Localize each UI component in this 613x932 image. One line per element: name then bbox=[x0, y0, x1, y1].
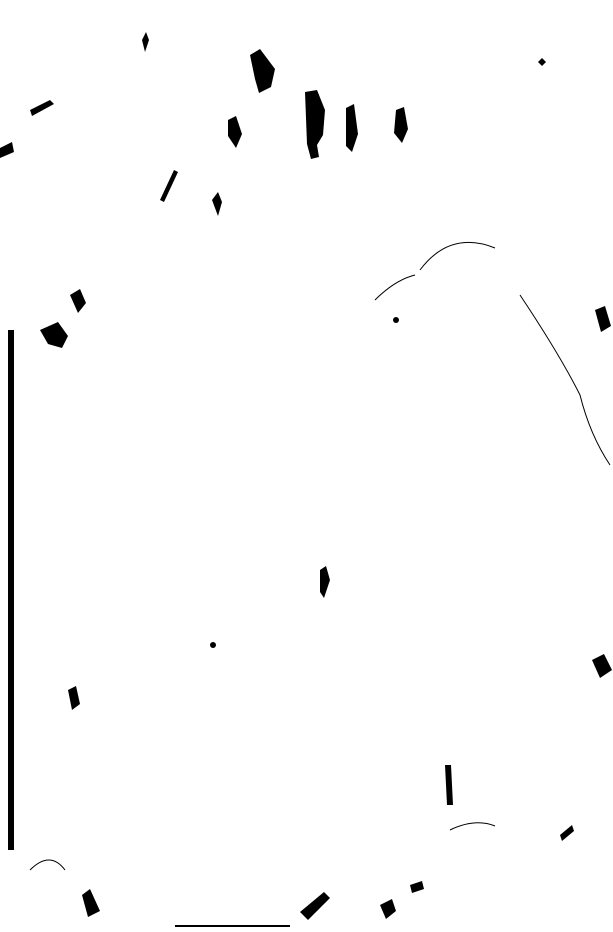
ink-marks bbox=[0, 0, 613, 932]
scanned-page bbox=[0, 0, 613, 932]
